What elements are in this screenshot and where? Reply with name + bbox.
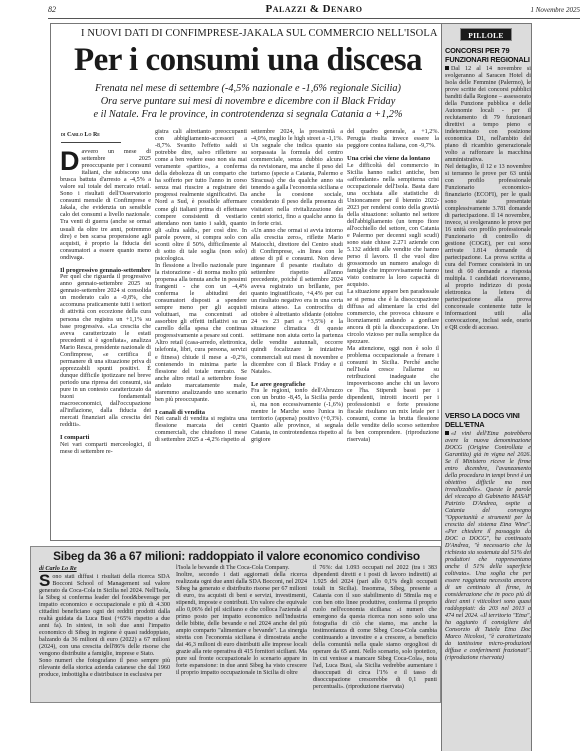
sibeg-column-1: Sono stati diffusi i risultati della ric… [39, 574, 170, 679]
sibeg-article: Sibeg da 36 a 67 milioni: raddoppiato il… [30, 546, 441, 703]
article-paragraph: «Un anno che ormai si avvia intorno alla… [251, 228, 343, 376]
article-column-3: settembre 2024, la prossimità a -4,0%, m… [251, 129, 343, 445]
byline-divider [61, 142, 121, 143]
deck-line: e il Natale. Fra le province, in controt… [55, 108, 441, 121]
article-paragraph: il 76%: dai 1.093 occupati nel 2022 (tra… [313, 565, 437, 691]
article-column-1: Davvero un mese di settembre 2025 preocc… [60, 149, 151, 456]
article-paragraph: ono stati diffusi i risultati della rice… [39, 574, 170, 657]
deck-line: Frenata nel mese di settembre (-4,5% naz… [55, 82, 441, 95]
drop-cap: S [39, 574, 50, 588]
sidebar-item-text-2: Nel dettaglio, il 12 e 13 novembre si te… [445, 164, 531, 332]
article-deck: Frenata nel mese di settembre (-4,5% naz… [55, 82, 441, 121]
article-paragraph: del quadro generale, a +1,2%. Perugia ri… [347, 129, 439, 150]
main-article: I NUOVI DATI DI CONFIMPRESE-JAKALA SUL C… [50, 23, 441, 541]
article-column-2: gistra cali altrettanto preoccupanti con… [155, 129, 247, 445]
article-paragraph: Nei canali di vendita si registra una fl… [155, 416, 247, 444]
sidebar-item-text: «I vini dell'Etna potrebbero avere la nu… [445, 431, 531, 662]
article-kicker: I NUOVI DATI DI CONFIMPRESE-JAKALA SUL C… [81, 28, 451, 39]
article-paragraph: Inoltre, secondo i dati aggiornati della… [176, 572, 307, 677]
sibeg-column-2: l'Isola le bevande di The Coca-Cola Comp… [176, 565, 307, 677]
sidebar-item-title: VERSO LA DOCG VINI DELL'ETNA [445, 411, 531, 429]
sibeg-headline: Sibeg da 36 a 67 milioni: raddoppiato il… [31, 549, 442, 564]
article-headline: Per i consumi una discesa [55, 42, 441, 78]
square-bullet-icon [445, 431, 449, 435]
article-paragraph: gistra cali altrettanto preoccupanti con… [155, 129, 247, 263]
subheading: Una crisi che viene da lontano [347, 155, 439, 163]
article-paragraph: In flessione a livello nazionale pure la… [155, 263, 247, 341]
square-bullet-icon [445, 66, 449, 70]
sidebar-item-text: Dal 12 al 14 novembre si svolgeranno al … [445, 66, 531, 332]
subheading: Il progressivo gennaio-settembre [60, 267, 151, 275]
article-paragraph: l'Isola le bevande di The Coca-Cola Comp… [176, 565, 307, 572]
subheading: I comparti [60, 434, 151, 442]
issue-date: 1 Novembre 2025 [530, 6, 580, 14]
subheading: I canali di vendita [155, 409, 247, 417]
sidebar-label: PILLOLE [460, 28, 512, 41]
article-byline: di Carlo Lo Re [61, 132, 100, 138]
article-paragraph: Per quel che riguarda il progressivo ann… [60, 274, 151, 429]
article-paragraph: Le difficoltà del commercio in Sicilia h… [347, 163, 439, 290]
article-paragraph: Ma attenzione, oggi non è solo il proble… [347, 346, 439, 445]
article-paragraph: Fra le regioni, tonfo dell'Abruzzo con u… [251, 388, 343, 444]
article-paragraph: Nei vari comparti merceologici, il mese … [60, 442, 151, 456]
sidebar-item-title: CONCORSI PER 79 FUNZIONARI REGIONALI [445, 46, 531, 64]
page-header: 82 Palazzi & Denaro 1 Novembre 2025 [48, 3, 580, 19]
masthead: Palazzi & Denaro [48, 3, 580, 15]
article-column-4: del quadro generale, a +1,2%. Perugia ri… [347, 129, 439, 445]
article-paragraph: La situazione appare ben paradossale se … [347, 289, 439, 345]
drop-cap: D [60, 150, 80, 172]
sibeg-column-3: il 76%: dai 1.093 occupati nel 2022 (tra… [313, 565, 437, 691]
article-paragraph: settembre 2024, la prossimità a -4,0%, m… [251, 129, 343, 228]
article-paragraph: Sono numeri che fotografano il peso semp… [39, 658, 170, 679]
article-paragraph: Altro retail (casa-arredo, elettronica, … [155, 340, 247, 403]
deck-line: Ora serve puntare sui mesi di novembre e… [55, 95, 441, 108]
sidebar-pillole: PILLOLE CONCORSI PER 79 FUNZIONARI REGIO… [441, 23, 532, 751]
